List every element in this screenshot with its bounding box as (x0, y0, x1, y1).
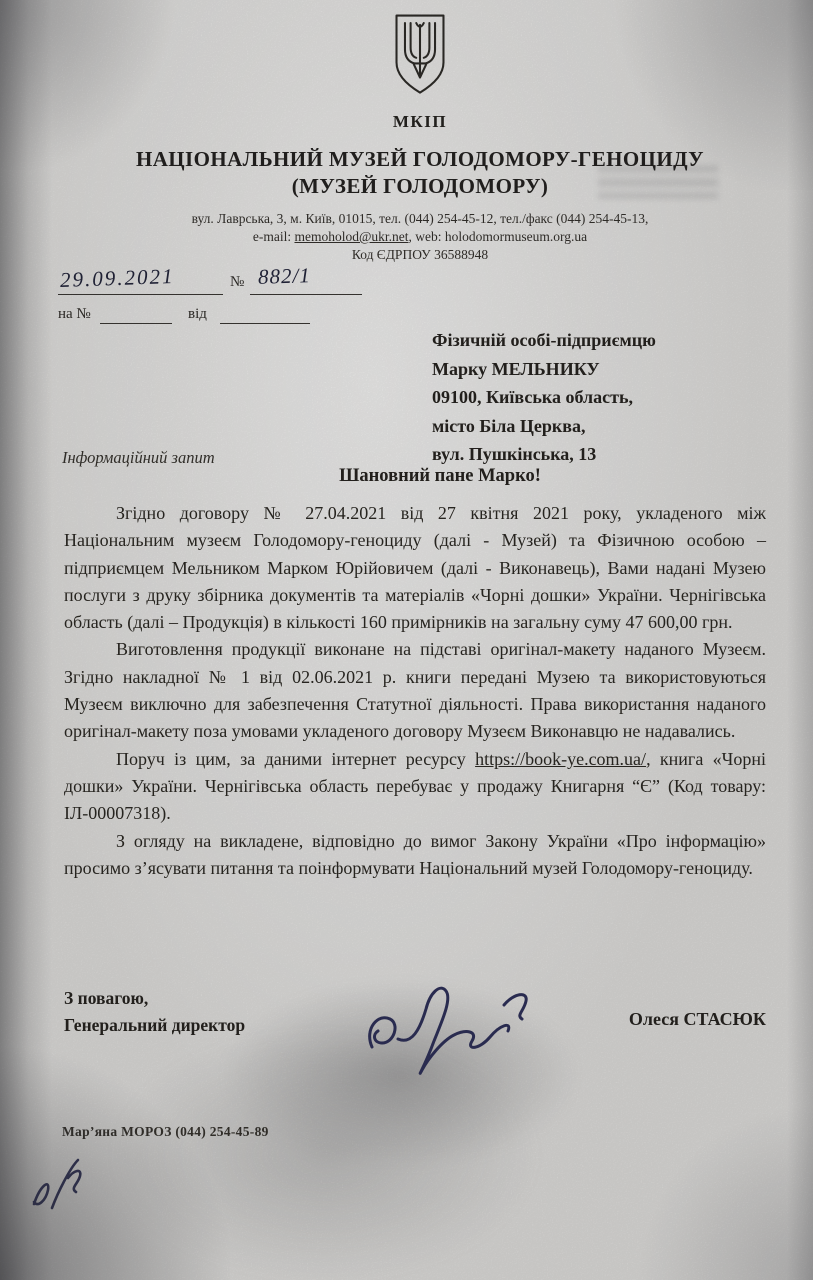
org-web: , web: holodomormuseum.org.ua (409, 229, 588, 244)
closing-text: З повагою, (64, 985, 245, 1012)
handwritten-date: 29.09.2021 (60, 264, 175, 293)
document-subject: Інформаційний запит (62, 448, 215, 468)
handwritten-number: 882/1 (258, 263, 312, 290)
org-email-web-line: e-mail: memoholod@ukr.net, web: holodomo… (192, 228, 649, 246)
closing-lines: З повагою, Генеральний директор (64, 985, 245, 1039)
scan-shadow-bottom-right (613, 1100, 813, 1280)
signature-block: З повагою, Генеральний директор Олеся СТ… (64, 985, 766, 1095)
number-sign: № (230, 274, 244, 291)
outgoing-row: 29.09.2021 № 882/1 (58, 268, 358, 302)
reference-block: 29.09.2021 № 882/1 на № від (58, 268, 358, 330)
ministry-abbr: МКІП (393, 112, 447, 132)
reply-vid-label: від (188, 306, 207, 323)
scanned-letter-page: МКІП НАЦІОНАЛЬНИЙ МУЗЕЙ ГОЛОДОМОРУ-ГЕНОЦ… (0, 0, 813, 1280)
handwritten-initials (26, 1152, 106, 1222)
blank-line (58, 294, 223, 295)
blank-line (220, 323, 310, 324)
recipient-line: 09100, Київська область, (432, 383, 762, 412)
paragraph-3: Поруч із цим, за даними інтернет ресурсу… (64, 746, 766, 828)
email-label: e-mail: (253, 229, 295, 244)
paragraph-4: З огляду на викладене, відповідно до вим… (64, 828, 766, 883)
letterhead: МКІП НАЦІОНАЛЬНИЙ МУЗЕЙ ГОЛОДОМОРУ-ГЕНОЦ… (20, 10, 813, 264)
reply-to-row: на № від (58, 306, 358, 330)
salutation: Шановний пане Марко! (0, 466, 813, 487)
handwritten-signature (354, 969, 584, 1089)
signer-title: Генеральний директор (64, 1012, 245, 1039)
executor-contact: Мар’яна МОРОЗ (044) 254-45-89 (62, 1124, 269, 1140)
recipient-line: Фізичній особі-підприємцю (432, 326, 762, 355)
recipient-line: місто Біла Церква, (432, 412, 762, 441)
recipient-line: Марку МЕЛЬНИКУ (432, 355, 762, 384)
recipient-block: Фізичній особі-підприємцю Марку МЕЛЬНИКУ… (432, 326, 762, 469)
org-name-line2: (МУЗЕЙ ГОЛОДОМОРУ) (136, 173, 704, 200)
paragraph-3-text: Поруч із цим, за даними інтернет ресурсу (116, 749, 475, 769)
paragraph-2: Виготовлення продукції виконане на підст… (64, 636, 766, 745)
blank-line (100, 323, 172, 324)
blank-line (250, 294, 362, 295)
reply-na-label: на № (58, 306, 91, 323)
org-name: НАЦІОНАЛЬНИЙ МУЗЕЙ ГОЛОДОМОРУ-ГЕНОЦИДУ (… (136, 146, 704, 200)
org-email: memoholod@ukr.net (294, 229, 408, 244)
recipient-line: вул. Пушкінська, 13 (432, 440, 762, 469)
signer-name: Олеся СТАСЮК (629, 1009, 766, 1030)
org-edrpou: Код ЄДРПОУ 36588948 (192, 246, 649, 264)
org-name-line1: НАЦІОНАЛЬНИЙ МУЗЕЙ ГОЛОДОМОРУ-ГЕНОЦИДУ (136, 146, 704, 173)
ukraine-trident-emblem (389, 10, 451, 100)
org-address-line: вул. Лаврська, 3, м. Київ, 01015, тел. (… (192, 210, 649, 228)
org-contact-block: вул. Лаврська, 3, м. Київ, 01015, тел. (… (192, 210, 649, 264)
letter-body: Згідно договору № 27.04.2021 від 27 квіт… (64, 500, 766, 882)
book-store-url: https://book-ye.com.ua/ (475, 749, 646, 769)
paragraph-1: Згідно договору № 27.04.2021 від 27 квіт… (64, 500, 766, 636)
